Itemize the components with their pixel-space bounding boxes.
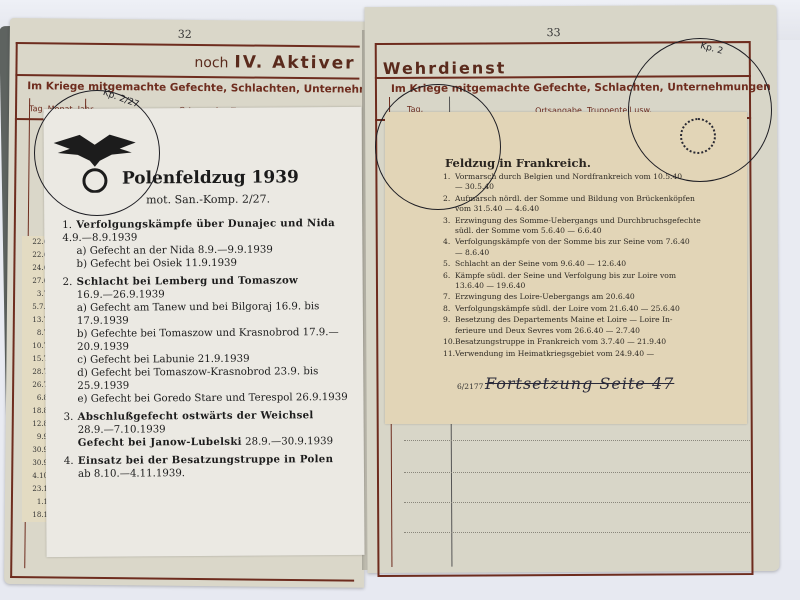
empty-entry-line (404, 472, 750, 473)
margin-date: 28.7 (22, 366, 48, 379)
campaign-item: 10.Besatzungstruppe in Frankreich vom 3.… (443, 337, 743, 347)
campaign-item: 4.Einsatz bei der Besatzungstruppe in Po… (64, 453, 354, 481)
campaign-item: 6.Kämpfe südl. der Seine und Verfolgung … (443, 271, 743, 292)
margin-date: 4.10 (22, 470, 48, 483)
margin-date: 18.1 (22, 509, 48, 522)
margin-date: 30.9 (22, 444, 48, 457)
margin-date: 1.1 (22, 496, 48, 509)
margin-date: 12.8 (22, 418, 48, 431)
official-stamp-center (375, 84, 501, 210)
margin-date: 9.9 (22, 431, 48, 444)
reference-number: 6/2177 (457, 382, 483, 391)
campaign-item: 1.Verfolgungskämpfe über Dunajec und Nid… (62, 217, 352, 271)
left-header: nochIV. Aktiver (194, 52, 355, 74)
stamp-emblem-icon (680, 118, 716, 154)
margin-date: 26.7 (22, 379, 48, 392)
margin-date: 30.9 (22, 457, 48, 470)
campaign-item: 11.Verwendung im Heimatkriegsgebiet vom … (443, 349, 743, 359)
handwritten-note: Fortsetzung Seite 47 (485, 374, 674, 393)
empty-entry-line (404, 440, 750, 441)
campaign-list: 1.Verfolgungskämpfe über Dunajec und Nid… (62, 217, 354, 486)
margin-date: 23.1 (22, 483, 48, 496)
header-title: IV. Aktiver (234, 52, 355, 73)
campaign-item: 5.Schlacht an der Seine vom 9.6.40 — 12.… (443, 259, 743, 269)
empty-entry-line (404, 502, 750, 503)
campaign-item: 4.Verfolgungskämpfe von der Somme bis zu… (443, 237, 743, 258)
empty-entry-line (404, 532, 750, 533)
campaign-item: 3.Abschlußgefecht ostwärts der Weichsel … (64, 409, 354, 450)
margin-date: 18.8 (22, 405, 48, 418)
unit-designation: mot. San.-Komp. 2/27. (146, 193, 270, 207)
header-prefix: noch (194, 55, 228, 71)
official-stamp-left (34, 90, 160, 216)
campaign-item: 7.Erzwingung des Loire-Uebergangs am 20.… (443, 292, 743, 302)
page-number-right: 33 (547, 26, 561, 39)
france-campaign-list: 1.Vormarsch durch Belgien und Nordfrankr… (443, 172, 743, 360)
margin-date: 6.8 (22, 392, 48, 405)
right-header-title: Wehrdienst (383, 58, 507, 78)
campaign-item: 2.Aufmarsch nördl. der Somme und Bildung… (443, 194, 743, 215)
campaign-item: 8.Verfolgungskämpfe südl. der Loire vom … (443, 304, 743, 314)
margin-date: 15.7 (22, 353, 48, 366)
campaign-item: 9.Besetzung des Departements Maine et Lo… (443, 315, 743, 336)
page-number-left: 32 (178, 28, 192, 41)
official-stamp-right (628, 38, 772, 182)
campaign-item: 2.Schlacht bei Lemberg und Tomaszow 16.9… (63, 274, 354, 406)
campaign-item: 3.Erzwingung des Somme-Uebergangs und Du… (443, 216, 743, 237)
